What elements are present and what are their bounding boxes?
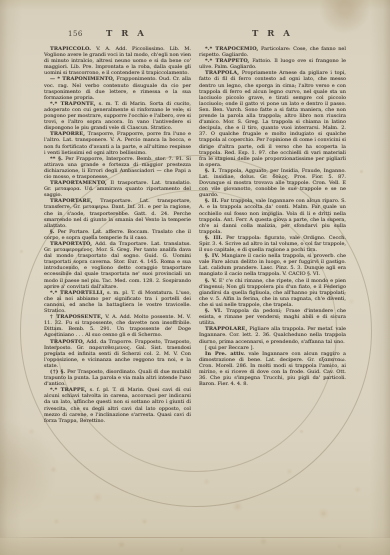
entry-headword: §. V. xyxy=(205,278,217,284)
text-column-left: TRAPICCOLO. V. A. Add. Piccolissimo. Lib… xyxy=(44,46,191,424)
entry-body: Per Trasposto, disordinato. Quali di due… xyxy=(44,369,191,387)
entry-headword: §. III. xyxy=(205,235,223,241)
entry-body: Mangiare il cacio nella trappola, si pro… xyxy=(199,253,346,277)
entry: §. III. Per trappola: figurato, vale Ord… xyxy=(199,235,346,253)
entry-headword: In Pre. attiv. xyxy=(205,351,245,357)
entry-headword: *.* TRAPONTE, xyxy=(50,101,96,107)
entry: TRAPPOLARE, Pigliare alla trappola. Per … xyxy=(199,326,346,344)
entry-body: s. f. pl. T. di Marin. Quei cavi di cui … xyxy=(44,387,191,423)
entry: In Pre. attiv. vale Ingannare con alcun … xyxy=(199,351,346,388)
entry-body: [ qui per Beccare ]. xyxy=(205,345,254,351)
entry-body: Trappola da pedoni; Frase d'intendere ch… xyxy=(199,308,346,326)
entry: *.* TRAPONTE, s. m. T. di Marin. Sorta d… xyxy=(44,101,191,131)
entry-headword: *.* TRAPORTELLI, xyxy=(50,290,105,296)
entry-body: E' c'e chi rimane, che ripete, che il mo… xyxy=(199,278,346,308)
entry-body: vale Ingannare con alcun raggiro a dimos… xyxy=(199,351,346,387)
entry-headword: §. xyxy=(50,229,55,235)
text-column-right: *.* TRAPOCEMIO, Particolare: Cose, che f… xyxy=(199,46,346,387)
entry: TRAPORTAMENTO, Il trasportare. Lat. tran… xyxy=(44,180,191,198)
running-head-right: T R A xyxy=(252,29,293,39)
entry: (†) §. Per Trasposto, disordinato. Quali… xyxy=(44,369,191,387)
entry: *.* TRAPPETO, Fattoio. Il luogo ove si f… xyxy=(199,58,346,70)
entry: *.* TRAPOCEMIO, Particolare: Cose, che f… xyxy=(199,46,346,58)
entry: *.* TRAPORTELLI, s. m. pl. T. di Montatu… xyxy=(44,290,191,314)
entry-headword: §. I. xyxy=(205,168,217,174)
entry-body: Trappola, Agguato, per Insidia, Fraude, … xyxy=(199,168,346,198)
entry-body: Add. da Traportare. Lat. translatus. Gr.… xyxy=(44,241,191,290)
entry-headword: TRAPOSTO, xyxy=(50,339,84,345)
scanned-page: 156 T R A T R A TRAPICCOLO. V. A. Add. P… xyxy=(0,0,390,555)
entry: TRAPOSTO, Add. da Traporre. Frapposto, T… xyxy=(44,339,191,369)
entry: TRAPPOLA, Propriamente Arnese da pigliar… xyxy=(199,70,346,168)
page-bottom-edge xyxy=(0,538,390,555)
page-number: 156 xyxy=(68,30,83,38)
entry-body: Per Frapporre, Interporre. Bemb. stor. 7… xyxy=(44,156,191,180)
entry: TRAPORTATO, Add. da Traportare. Lat. tra… xyxy=(44,241,191,290)
foxing-spots xyxy=(0,0,3,3)
entry-headword: ** §. xyxy=(50,156,63,162)
entry: — * TRAPONIMENTO, Frapponimento. Oud. Cr… xyxy=(44,76,191,100)
entry: ** §. Per Frapporre, Interporre. Bemb. s… xyxy=(44,156,191,180)
entry: TRAPORTARE, Trasportare. Lat. transporta… xyxy=(44,198,191,228)
entry-headword: — * TRAPONIMENTO, xyxy=(50,76,114,82)
entry: TRAPICCOLO. V. A. Add. Piccolissimo. Lib… xyxy=(44,46,191,76)
entry-body: Per Portare. Lat. afferre. Boccam. Trasl… xyxy=(44,229,191,241)
entry-body: Propriamente Arnese da pigliare i topi, … xyxy=(199,70,346,167)
entry: §. VI. Trappola da pedoni; Frase d'inten… xyxy=(199,308,346,326)
entry: *.* TRAPPE, s. f. pl. T. di Marin. Quei … xyxy=(44,387,191,424)
entry: §. V. E' c'e chi rimane, che ripete, che… xyxy=(199,278,346,308)
entry: §. II. Far trappola, vale Ingannare con … xyxy=(199,198,346,235)
entry: §. IV. Mangiare il cacio nella trappola,… xyxy=(199,253,346,277)
entry: §. I. Trappola, Agguato, per Insidia, Fr… xyxy=(199,168,346,198)
running-head: 156 T R A T R A xyxy=(0,29,390,41)
running-head-left: T R A xyxy=(106,29,147,39)
entry-body: Far trappola, vale Ingannare con alcun r… xyxy=(199,198,346,234)
entry: §. Per Portare. Lat. afferre. Boccam. Tr… xyxy=(44,229,191,241)
entry: † TRAPOSSENTE, V. A. Add. Molto possente… xyxy=(44,314,191,338)
entry: TRAPORRE, Trasporre, Frapporre, porre fr… xyxy=(44,131,191,155)
